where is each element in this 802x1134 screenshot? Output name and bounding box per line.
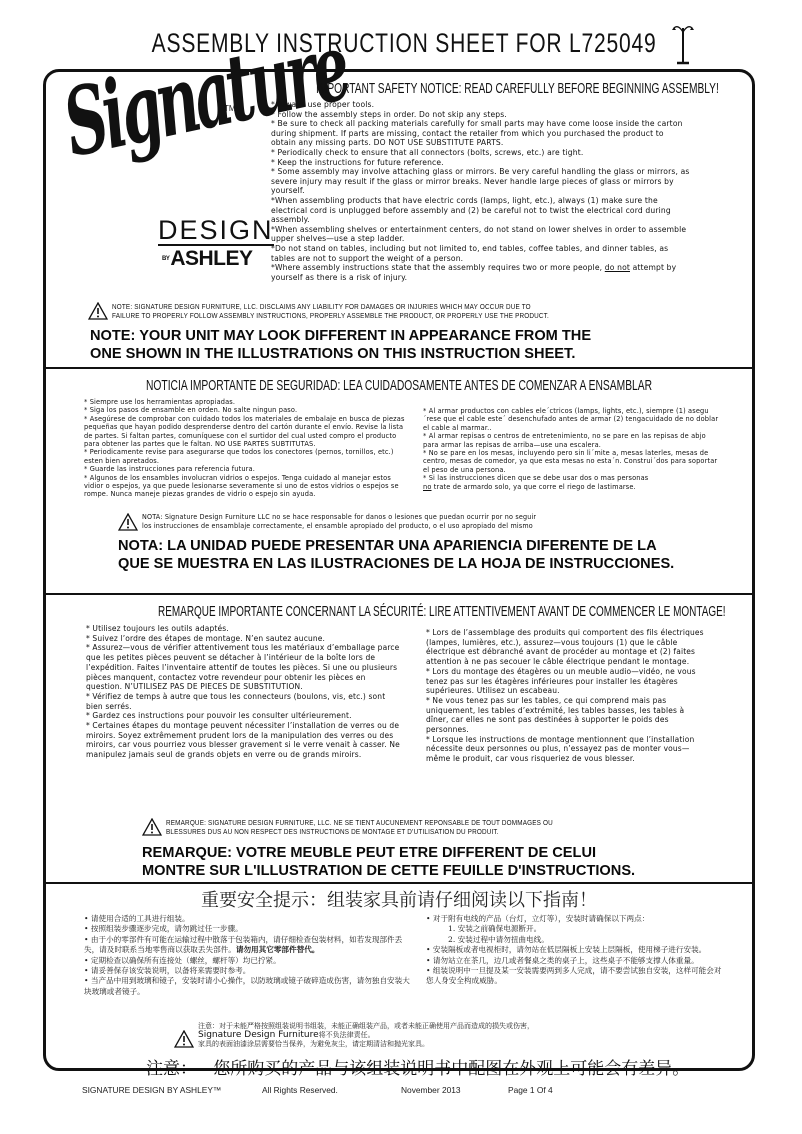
english-item: *Do not stand on tables, including but n… xyxy=(271,244,691,263)
english-item: * Be sure to check all packing materials… xyxy=(271,119,691,148)
spanish-safety-heading: NOTICIA IMPORTANTE DE SEGURIDAD: LEA CUI… xyxy=(146,377,652,394)
english-item: *Where assembly instructions state that … xyxy=(271,263,691,282)
english-appearance-note: NOTE: YOUR UNIT MAY LOOK DIFFERENT IN AP… xyxy=(90,327,591,363)
instruction-frame: Signature TM DESIGN BYASHLEY IMPORTANT S… xyxy=(43,69,755,1071)
french-safety-heading: REMARQUE IMPORTANTE CONCERNANT LA SÉCURI… xyxy=(158,603,726,620)
chinese-appearance-note: 注意： 您所购买的产品与该组装说明书中配图在外观上可能会有差异。 xyxy=(146,1054,689,1079)
spanish-section: NOTICIA IMPORTANTE DE SEGURIDAD: LEA CUI… xyxy=(46,369,752,593)
english-safety-list: * Always use proper tools. * Follow the … xyxy=(271,100,691,282)
english-item: * Some assembly may involve attaching gl… xyxy=(271,167,691,196)
english-item: * Always use proper tools. xyxy=(271,100,691,110)
chinese-disclaimer: 注意：对于未能严格按照组装说明书组装，未能正确组装产品，或者未能正确使用产品而造… xyxy=(174,1022,534,1049)
logo-design: DESIGN xyxy=(158,216,274,246)
chinese-right-list: • 对于附有电线的产品（台灯，立灯等），安装时请确保以下两点： 1. 安装之前确… xyxy=(426,914,724,987)
footer-rights: All Rights Reserved. xyxy=(262,1085,338,1095)
footer-page-number: Page 1 Of 4 xyxy=(508,1085,553,1095)
warning-icon xyxy=(118,513,138,531)
spanish-appearance-note: NOTA: LA UNIDAD PUEDE PRESENTAR UNA APAR… xyxy=(118,537,674,573)
warning-icon xyxy=(88,302,108,320)
english-item: *When assembling products that have elec… xyxy=(271,196,691,225)
chinese-safety-heading: 重要安全提示：组装家具前请仔细阅读以下指南！ xyxy=(46,886,752,912)
logo-trademark: TM xyxy=(224,104,236,113)
signature-design-logo: Signature TM DESIGN BYASHLEY xyxy=(62,94,252,279)
french-disclaimer: REMARQUE: SIGNATURE DESIGN FURNITURE, LL… xyxy=(142,818,616,837)
spanish-disclaimer: NOTA: Signature Design Furniture LLC no … xyxy=(118,513,566,532)
english-item: * Periodically check to ensure that all … xyxy=(271,148,691,158)
french-left-list: * Utilisez toujours les outils adaptés. … xyxy=(86,624,404,760)
french-appearance-note: REMARQUE: VOTRE MEUBLE PEUT ETRE DIFFERE… xyxy=(142,844,635,880)
spanish-left-list: * Siempre use los herramientas apropiada… xyxy=(84,398,406,499)
footer-brand: SIGNATURE DESIGN BY ASHLEY™ xyxy=(82,1085,221,1095)
english-item: * Follow the assembly steps in order. Do… xyxy=(271,110,691,120)
english-disclaimer: NOTE: SIGNATURE DESIGN FURNITURE, LLC. D… xyxy=(88,302,620,321)
french-section: REMARQUE IMPORTANTE CONCERNANT LA SÉCURI… xyxy=(46,595,752,882)
footer-date: November 2013 xyxy=(401,1085,461,1095)
logo-ashley: BYASHLEY xyxy=(162,248,253,270)
warning-icon xyxy=(174,1030,194,1048)
chinese-section: 重要安全提示：组装家具前请仔细阅读以下指南！ • 请使用合适的工具进行组装。 •… xyxy=(46,884,752,1069)
french-right-list: * Lors de l’assemblage des produits qui … xyxy=(426,628,708,764)
english-item: *When assembling shelves or entertainmen… xyxy=(271,225,691,244)
warning-icon xyxy=(142,818,162,836)
english-section: Signature TM DESIGN BYASHLEY IMPORTANT S… xyxy=(46,72,752,367)
lamp-icon xyxy=(670,22,696,66)
english-safety-heading: IMPORTANT SAFETY NOTICE: READ CAREFULLY … xyxy=(316,80,719,97)
spanish-right-list: * Al armar productos con cables ele´ctri… xyxy=(423,407,723,491)
chinese-left-list: • 请使用合适的工具进行组装。 • 按照组装步骤逐步完成，请勿跳过任一步骤。 •… xyxy=(84,914,410,997)
english-item: * Keep the instructions for future refer… xyxy=(271,158,691,168)
